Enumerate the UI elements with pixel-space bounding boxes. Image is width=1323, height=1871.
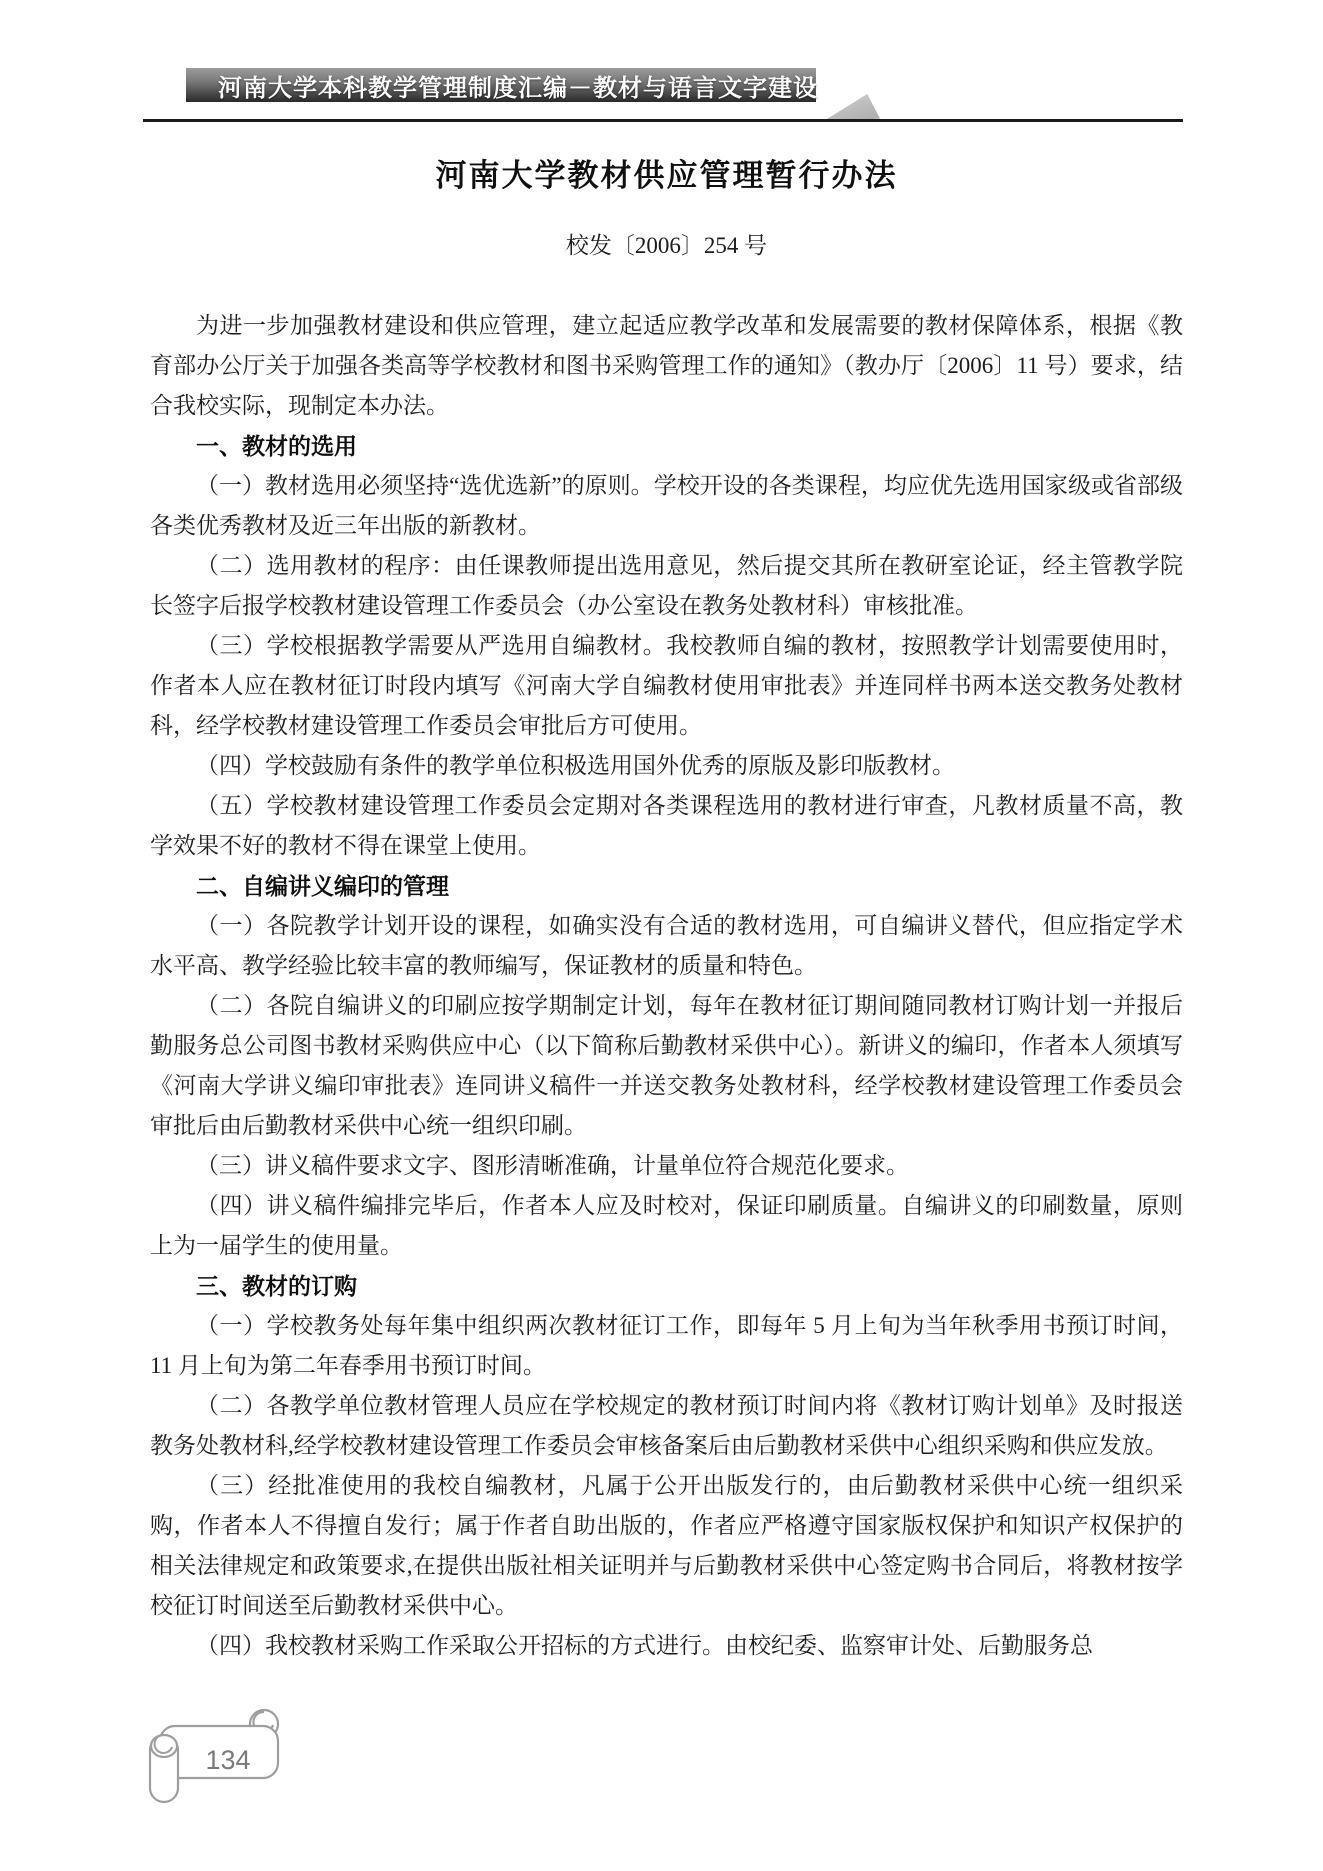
document-paragraph: （三）经批准使用的我校自编教材，凡属于公开出版发行的，由后勤教材采供中心统一组织… xyxy=(150,1466,1183,1626)
document-paragraph: （二）各教学单位教材管理人员应在学校规定的教材预订时间内将《教材订购计划单》及时… xyxy=(150,1386,1183,1466)
document-content: 河南大学教材供应管理暂行办法 校发〔2006〕254 号 为进一步加强教材建设和… xyxy=(150,122,1183,1666)
document-paragraph: （三）讲义稿件要求文字、图形清晰准确，计量单位符合规范化要求。 xyxy=(150,1146,1183,1186)
document-paragraph: （四）学校鼓励有条件的教学单位积极选用国外优秀的原版及影印版教材。 xyxy=(150,746,1183,786)
document-page: 河南大学本科教学管理制度汇编－教材与语言文字建设 河南大学教材供应管理暂行办法 … xyxy=(0,0,1323,1871)
document-paragraph: （一）教材选用必须坚持“选优选新”的原则。学校开设的各类课程，均应优先选用国家级… xyxy=(150,466,1183,546)
document-paragraph: 一、教材的选用 xyxy=(150,426,1183,466)
document-paragraph: 为进一步加强教材建设和供应管理，建立起适应教学改革和发展需要的教材保障体系，根据… xyxy=(150,306,1183,426)
document-paragraph: （一）学校教务处每年集中组织两次教材征订工作，即每年 5 月上旬为当年秋季用书预… xyxy=(150,1306,1183,1386)
document-paragraph: （五）学校教材建设管理工作委员会定期对各类课程选用的教材进行审查，凡教材质量不高… xyxy=(150,786,1183,866)
document-paragraph: （三）学校根据教学需要从严选用自编教材。我校教师自编的教材，按照教学计划需要使用… xyxy=(150,626,1183,746)
document-paragraph: （四）讲义稿件编排完毕后，作者本人应及时校对，保证印刷质量。自编讲义的印刷数量，… xyxy=(150,1186,1183,1266)
header-banner-title: 河南大学本科教学管理制度汇编－教材与语言文字建设 xyxy=(218,68,818,103)
header-banner: 河南大学本科教学管理制度汇编－教材与语言文字建设 xyxy=(186,68,816,102)
document-paragraphs: 为进一步加强教材建设和供应管理，建立起适应教学改革和发展需要的教材保障体系，根据… xyxy=(150,306,1183,1666)
document-title: 河南大学教材供应管理暂行办法 xyxy=(150,150,1183,195)
document-paragraph: （一）各院教学计划开设的课程，如确实没有合适的教材选用，可自编讲义替代，但应指定… xyxy=(150,906,1183,986)
banner-pennant-shape xyxy=(822,94,880,122)
page-number: 134 xyxy=(205,1745,250,1775)
document-paragraph: （四）我校教材采购工作采取公开招标的方式进行。由校纪委、监察审计处、后勤服务总 xyxy=(150,1626,1183,1666)
document-paragraph: （二）各院自编讲义的印刷应按学期制定计划，每年在教材征订期间随同教材订购计划一并… xyxy=(150,986,1183,1146)
document-paragraph: （二）选用教材的程序：由任课教师提出选用意见，然后提交其所在教研室论证，经主管教… xyxy=(150,546,1183,626)
document-number: 校发〔2006〕254 号 xyxy=(150,227,1183,260)
document-paragraph: 二、自编讲义编印的管理 xyxy=(150,866,1183,906)
page-number-scroll: 134 xyxy=(146,1708,296,1818)
document-paragraph: 三、教材的订购 xyxy=(150,1266,1183,1306)
